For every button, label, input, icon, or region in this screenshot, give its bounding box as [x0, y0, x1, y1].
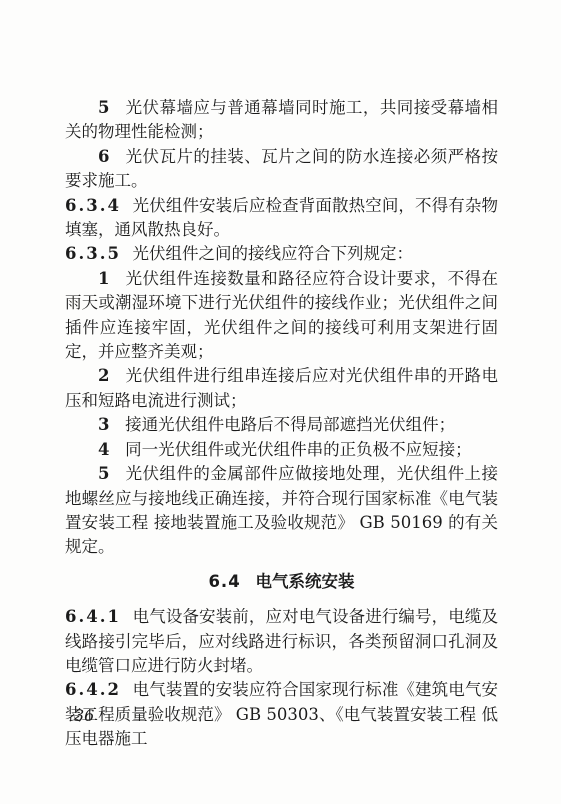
paragraph-text: 电气装置的安装应符合国家现行标准《建筑电气安装工程质量验收规范》 GB 5030… [65, 680, 498, 748]
clause-paragraph: 6.4.1电气设备安装前，应对电气设备进行编号，电缆及线路接引完毕后，应对线路进… [65, 605, 498, 678]
paragraph-text: 光伏组件的金属部件应做接地处理，光伏组件上接地螺丝应与接地线正确连接，并符合现行… [65, 464, 498, 556]
item-number: 6 [98, 147, 109, 166]
paragraph-text: 光伏幕墙应与普通幕墙同时施工，共同接受幕墙相关的物理性能检测； [65, 98, 498, 141]
list-item-paragraph: 6光伏瓦片的挂装、瓦片之间的防水连接必须严格按要求施工。 [65, 145, 498, 194]
clause-number: 6.4.2 [65, 680, 121, 699]
paragraph-text: 光伏瓦片的挂装、瓦片之间的防水连接必须严格按要求施工。 [65, 147, 498, 190]
paragraph-text: 光伏组件安装后应检查背面散热空间，不得有杂物填塞，通风散热良好。 [65, 196, 498, 239]
paragraph-text: 电气设备安装前，应对电气设备进行编号，电缆及线路接引完毕后，应对线路进行标识，各… [65, 607, 498, 675]
clause-number: 6.3.5 [65, 244, 121, 263]
item-number: 3 [98, 415, 109, 434]
page-number: 36 [74, 706, 94, 725]
heading-title: 电气系统安装 [256, 572, 355, 591]
clause-paragraph: 6.3.4光伏组件安装后应检查背面散热空间，不得有杂物填塞，通风散热良好。 [65, 194, 498, 243]
paragraph-text: 光伏组件之间的接线应符合下列规定： [132, 244, 413, 263]
list-item-paragraph: 3接通光伏组件电路后不得局部遮挡光伏组件； [65, 413, 498, 437]
paragraph-text: 接通光伏组件电路后不得局部遮挡光伏组件； [125, 415, 455, 434]
clause-paragraph: 6.3.5光伏组件之间的接线应符合下列规定： [65, 242, 498, 266]
list-item-paragraph: 4同一光伏组件或光伏组件串的正负极不应短接； [65, 438, 498, 462]
clause-paragraph: 6.4.2电气装置的安装应符合国家现行标准《建筑电气安装工程质量验收规范》 GB… [65, 678, 498, 751]
item-number: 5 [98, 98, 109, 117]
list-item-paragraph: 2光伏组件进行组串连接后应对光伏组件串的开路电压和短路电流进行测试； [65, 364, 498, 413]
heading-number: 6.4 [208, 572, 240, 591]
clause-number: 6.3.4 [65, 196, 121, 215]
list-item-paragraph: 5光伏组件的金属部件应做接地处理，光伏组件上接地螺丝应与接地线正确连接，并符合现… [65, 462, 498, 560]
list-item-paragraph: 5光伏幕墙应与普通幕墙同时施工，共同接受幕墙相关的物理性能检测； [65, 96, 498, 145]
list-item-paragraph: 1光伏组件连接数量和路径应符合设计要求，不得在雨天或潮湿环境下进行光伏组件的接线… [65, 267, 498, 365]
paragraph-text: 同一光伏组件或光伏组件串的正负极不应短接； [125, 440, 472, 459]
item-number: 1 [98, 269, 109, 288]
paragraph-text: 光伏组件连接数量和路径应符合设计要求，不得在雨天或潮湿环境下进行光伏组件的接线作… [65, 269, 498, 361]
document-page: 5光伏幕墙应与普通幕墙同时施工，共同接受幕墙相关的物理性能检测；6光伏瓦片的挂装… [0, 0, 561, 804]
clause-number: 6.4.1 [65, 607, 121, 626]
item-number: 2 [98, 366, 109, 385]
section-heading: 6.4电气系统安装 [65, 570, 498, 594]
item-number: 4 [98, 440, 109, 459]
page-content: 5光伏幕墙应与普通幕墙同时施工，共同接受幕墙相关的物理性能检测；6光伏瓦片的挂装… [65, 96, 498, 752]
item-number: 5 [98, 464, 109, 483]
paragraph-text: 光伏组件进行组串连接后应对光伏组件串的开路电压和短路电流进行测试； [65, 366, 498, 409]
